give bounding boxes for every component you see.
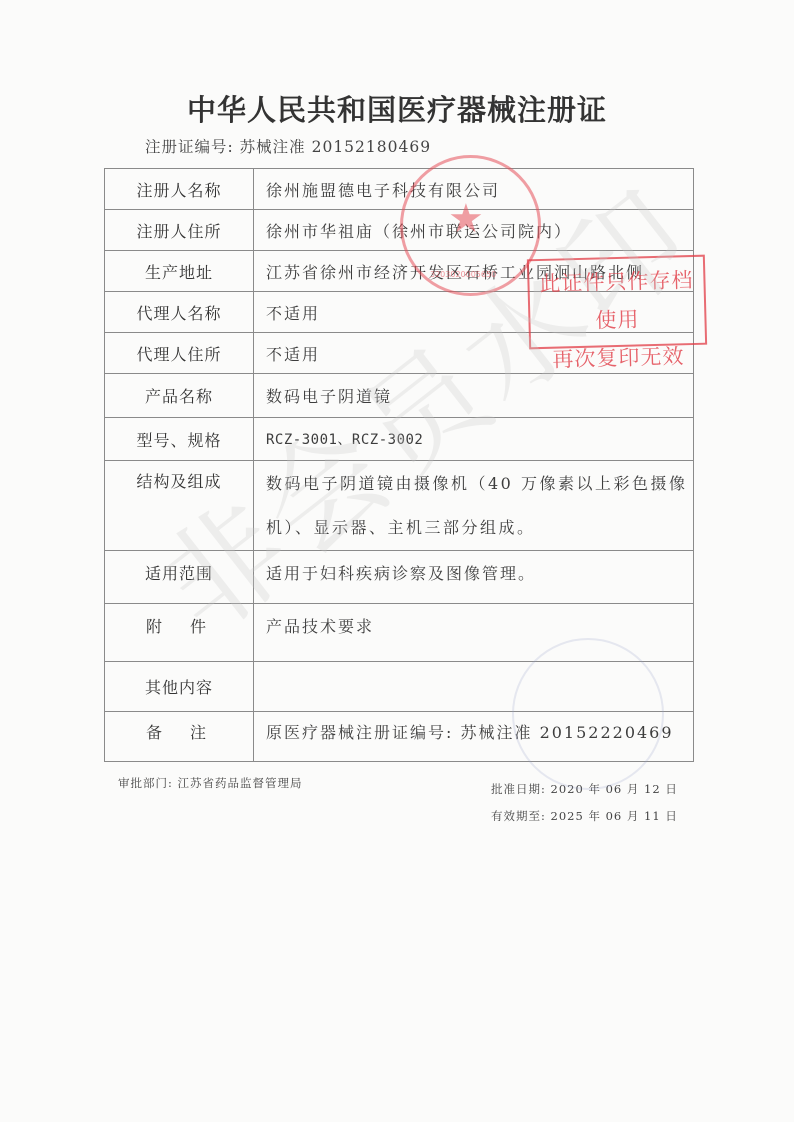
table-row: 注册人住所 徐州市华祖庙（徐州市联运公司院内） [105,210,694,251]
document-title: 中华人民共和国医疗器械注册证 [0,88,794,129]
company-seal-number: 3203020005650 [430,270,496,279]
copy-stamp-line2: 再次复印无效 [531,337,706,380]
table-row: 结构及组成 数码电子阴道镜由摄像机（40 万像素以上彩色摄像机）、显示器、主机三… [105,461,694,551]
valid-until-date: 有效期至: 2025 年 06 月 11 日 [491,808,678,824]
row-label: 适用范围 [105,551,254,604]
row-label: 生产地址 [105,251,254,292]
row-label: 注册人名称 [105,169,254,210]
row-value: 数码电子阴道镜由摄像机（40 万像素以上彩色摄像机）、显示器、主机三部分组成。 [254,461,694,551]
copy-invalid-stamp: 此证件只作存档使用 再次复印无效 [527,255,707,350]
row-value: 数码电子阴道镜 [254,374,694,418]
official-seal-icon [512,638,664,790]
registration-number-line: 注册证编号: 苏械注准 20152180469 [145,135,431,157]
row-label: 代理人名称 [105,292,254,333]
table-row: 产品名称 数码电子阴道镜 [105,374,694,418]
copy-stamp-line1: 此证件只作存档使用 [529,261,705,342]
table-row: 适用范围 适用于妇科疾病诊察及图像管理。 [105,551,694,604]
row-label: 附 件 [105,604,254,662]
registration-number-label: 注册证编号: [145,138,234,156]
row-label: 产品名称 [105,374,254,418]
approval-department: 审批部门: 江苏省药品监督管理局 [118,775,303,791]
row-label: 型号、规格 [105,418,254,461]
row-label: 代理人住所 [105,333,254,374]
row-value: RCZ-3001、RCZ-3002 [254,418,694,461]
table-row: 注册人名称 徐州施盟德电子科技有限公司 [105,169,694,210]
row-label: 注册人住所 [105,210,254,251]
table-row: 型号、规格 RCZ-3001、RCZ-3002 [105,418,694,461]
row-label: 其他内容 [105,662,254,712]
row-value: 适用于妇科疾病诊察及图像管理。 [254,551,694,604]
row-label: 结构及组成 [105,461,254,551]
seal-star-icon: ★ [448,196,484,242]
registration-number: 苏械注准 20152180469 [240,138,431,156]
row-label: 备 注 [105,712,254,762]
